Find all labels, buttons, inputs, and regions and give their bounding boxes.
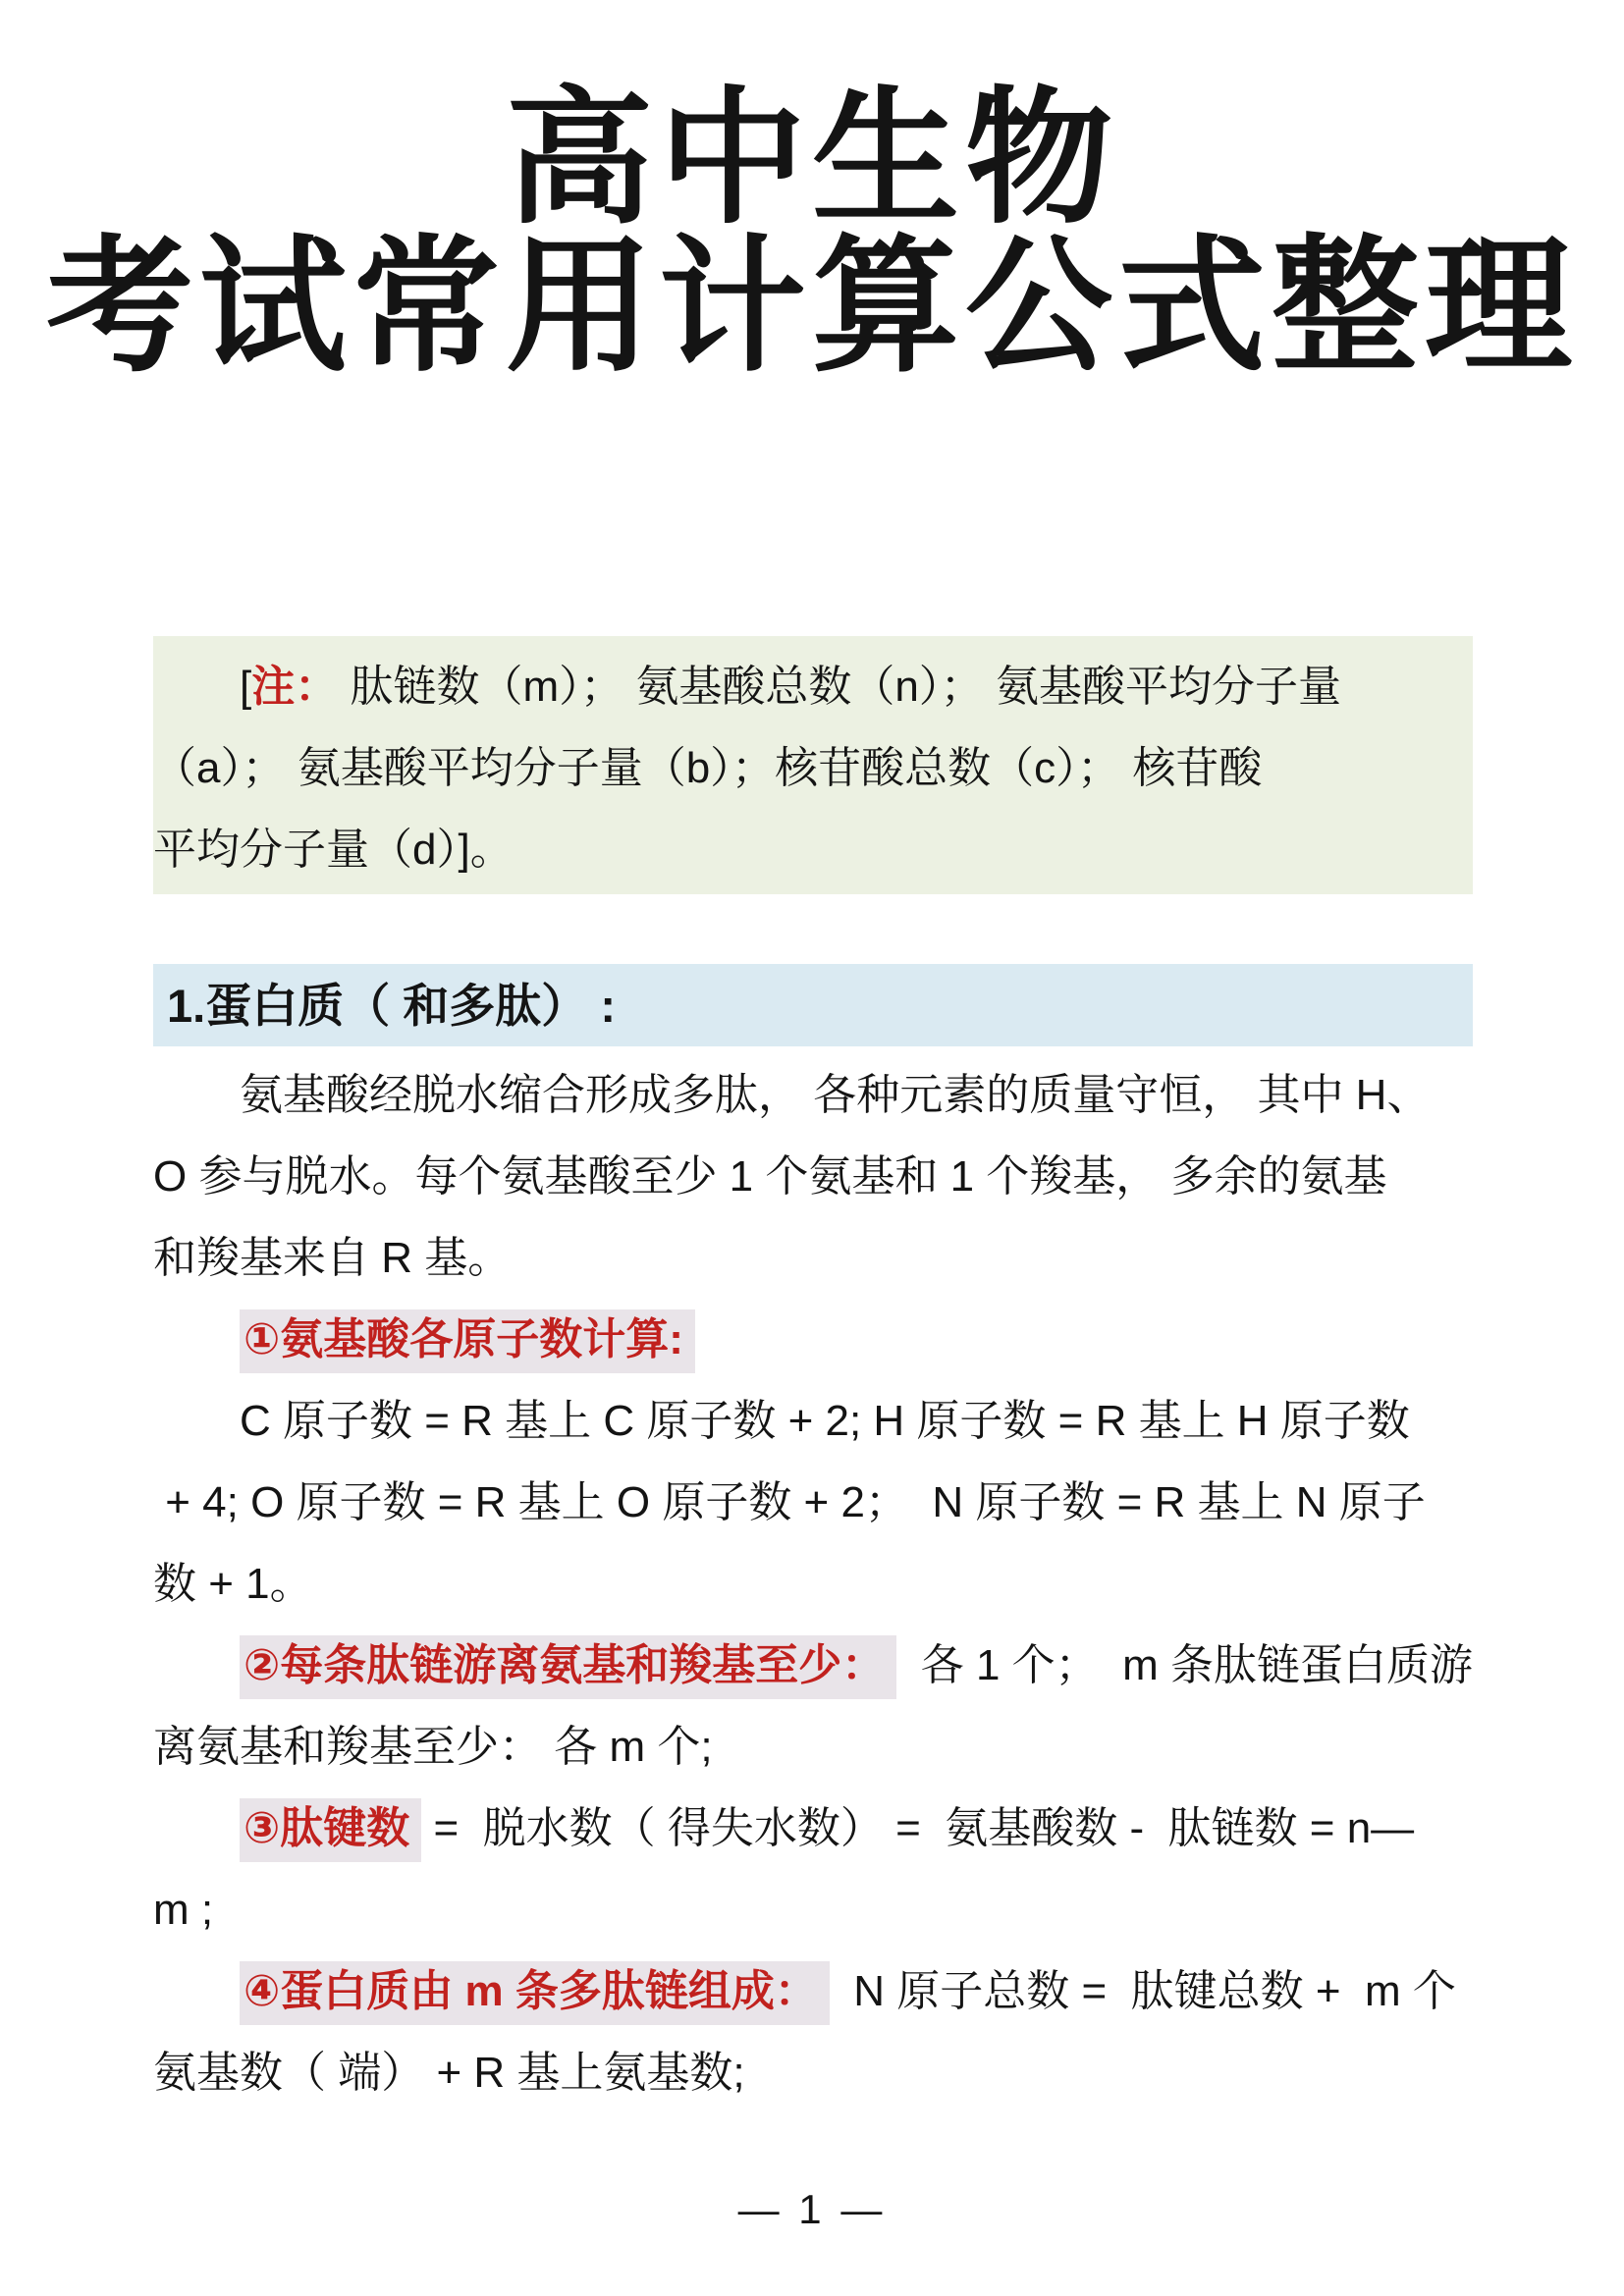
para-line-3: 和羧基来自 R 基。 xyxy=(153,1217,1473,1299)
para-line-1: 氨基酸经脱水缩合形成多肽， 各种元素的质量守恒， 其中 H、 xyxy=(153,1054,1473,1136)
item-1-heading: ①氨基酸各原子数计算: xyxy=(240,1309,695,1373)
item-3-continuation: m ; xyxy=(153,1869,1473,1950)
note-label: 注： xyxy=(251,663,338,711)
note-line-2: （a）； 氨基酸平均分子量（b）；核苷酸总数（c）； 核苷酸 xyxy=(153,727,1473,809)
item-4-heading: ④蛋白质由 m 条多肽链组成： xyxy=(240,1961,830,2025)
note-bracket: [ xyxy=(240,663,251,711)
note-line-1-text: 肽链数（m）； 氨基酸总数（n）； 氨基酸平均分子量 xyxy=(338,663,1341,711)
note-box: [注： 肽链数（m）； 氨基酸总数（n）； 氨基酸平均分子量 （a）； 氨基酸平… xyxy=(153,636,1473,894)
formula-line-3: 数 + 1。 xyxy=(153,1543,1473,1625)
page-title: 高中生物 考试常用计算公式整理 xyxy=(0,0,1624,383)
title-line-2: 考试常用计算公式整理 xyxy=(0,234,1624,383)
note-line-3: 平均分子量（d）]。 xyxy=(153,809,1473,890)
section-heading: 1.蛋白质（ 和多肽） : xyxy=(153,964,1473,1046)
item-2-continuation: 离氨基和羧基至少： 各 m 个; xyxy=(153,1706,1473,1788)
para-line-2: O 参与脱水。每个氨基酸至少 1 个氨基和 1 个羧基， 多余的氨基 xyxy=(153,1136,1473,1217)
document-page: 高中生物 考试常用计算公式整理 [注： 肽链数（m）； 氨基酸总数（n）； 氨基… xyxy=(0,0,1624,2296)
item-2-heading: ②每条肽链游离氨基和羧基至少： xyxy=(240,1635,896,1699)
formula-line-1: C 原子数 = R 基上 C 原子数 + 2; H 原子数 = R 基上 H 原… xyxy=(153,1380,1473,1462)
body-text: 氨基酸经脱水缩合形成多肽， 各种元素的质量守恒， 其中 H、 O 参与脱水。每个… xyxy=(153,1054,1473,2113)
item-2-tail: 各 1 个； m 条肽链蛋白质游 xyxy=(896,1641,1473,1689)
item-3-heading: ③肽键数 xyxy=(240,1798,421,1862)
formula-line-2: + 4; O 原子数 = R 基上 O 原子数 + 2； N 原子数 = R 基… xyxy=(153,1462,1473,1543)
item-1-heading-line: ①氨基酸各原子数计算: xyxy=(153,1299,1473,1380)
item-2-heading-line: ②每条肽链游离氨基和羧基至少： 各 1 个； m 条肽链蛋白质游 xyxy=(153,1625,1473,1706)
page-number: — 1 — xyxy=(0,2186,1624,2233)
item-4-tail: N 原子总数 = 肽键总数 + m 个 xyxy=(830,1967,1456,2015)
title-line-1: 高中生物 xyxy=(0,86,1624,234)
item-4-heading-line: ④蛋白质由 m 条多肽链组成： N 原子总数 = 肽键总数 + m 个 xyxy=(153,1950,1473,2032)
note-line-1: [注： 肽链数（m）； 氨基酸总数（n）； 氨基酸平均分子量 xyxy=(153,646,1473,727)
item-4-continuation: 氨基数（ 端） + R 基上氨基数; xyxy=(153,2032,1473,2113)
item-3-heading-line: ③肽键数 = 脱水数（ 得失水数） = 氨基酸数 - 肽链数 = n— xyxy=(153,1788,1473,1869)
item-3-tail: = 脱水数（ 得失水数） = 氨基酸数 - 肽链数 = n— xyxy=(421,1804,1414,1852)
